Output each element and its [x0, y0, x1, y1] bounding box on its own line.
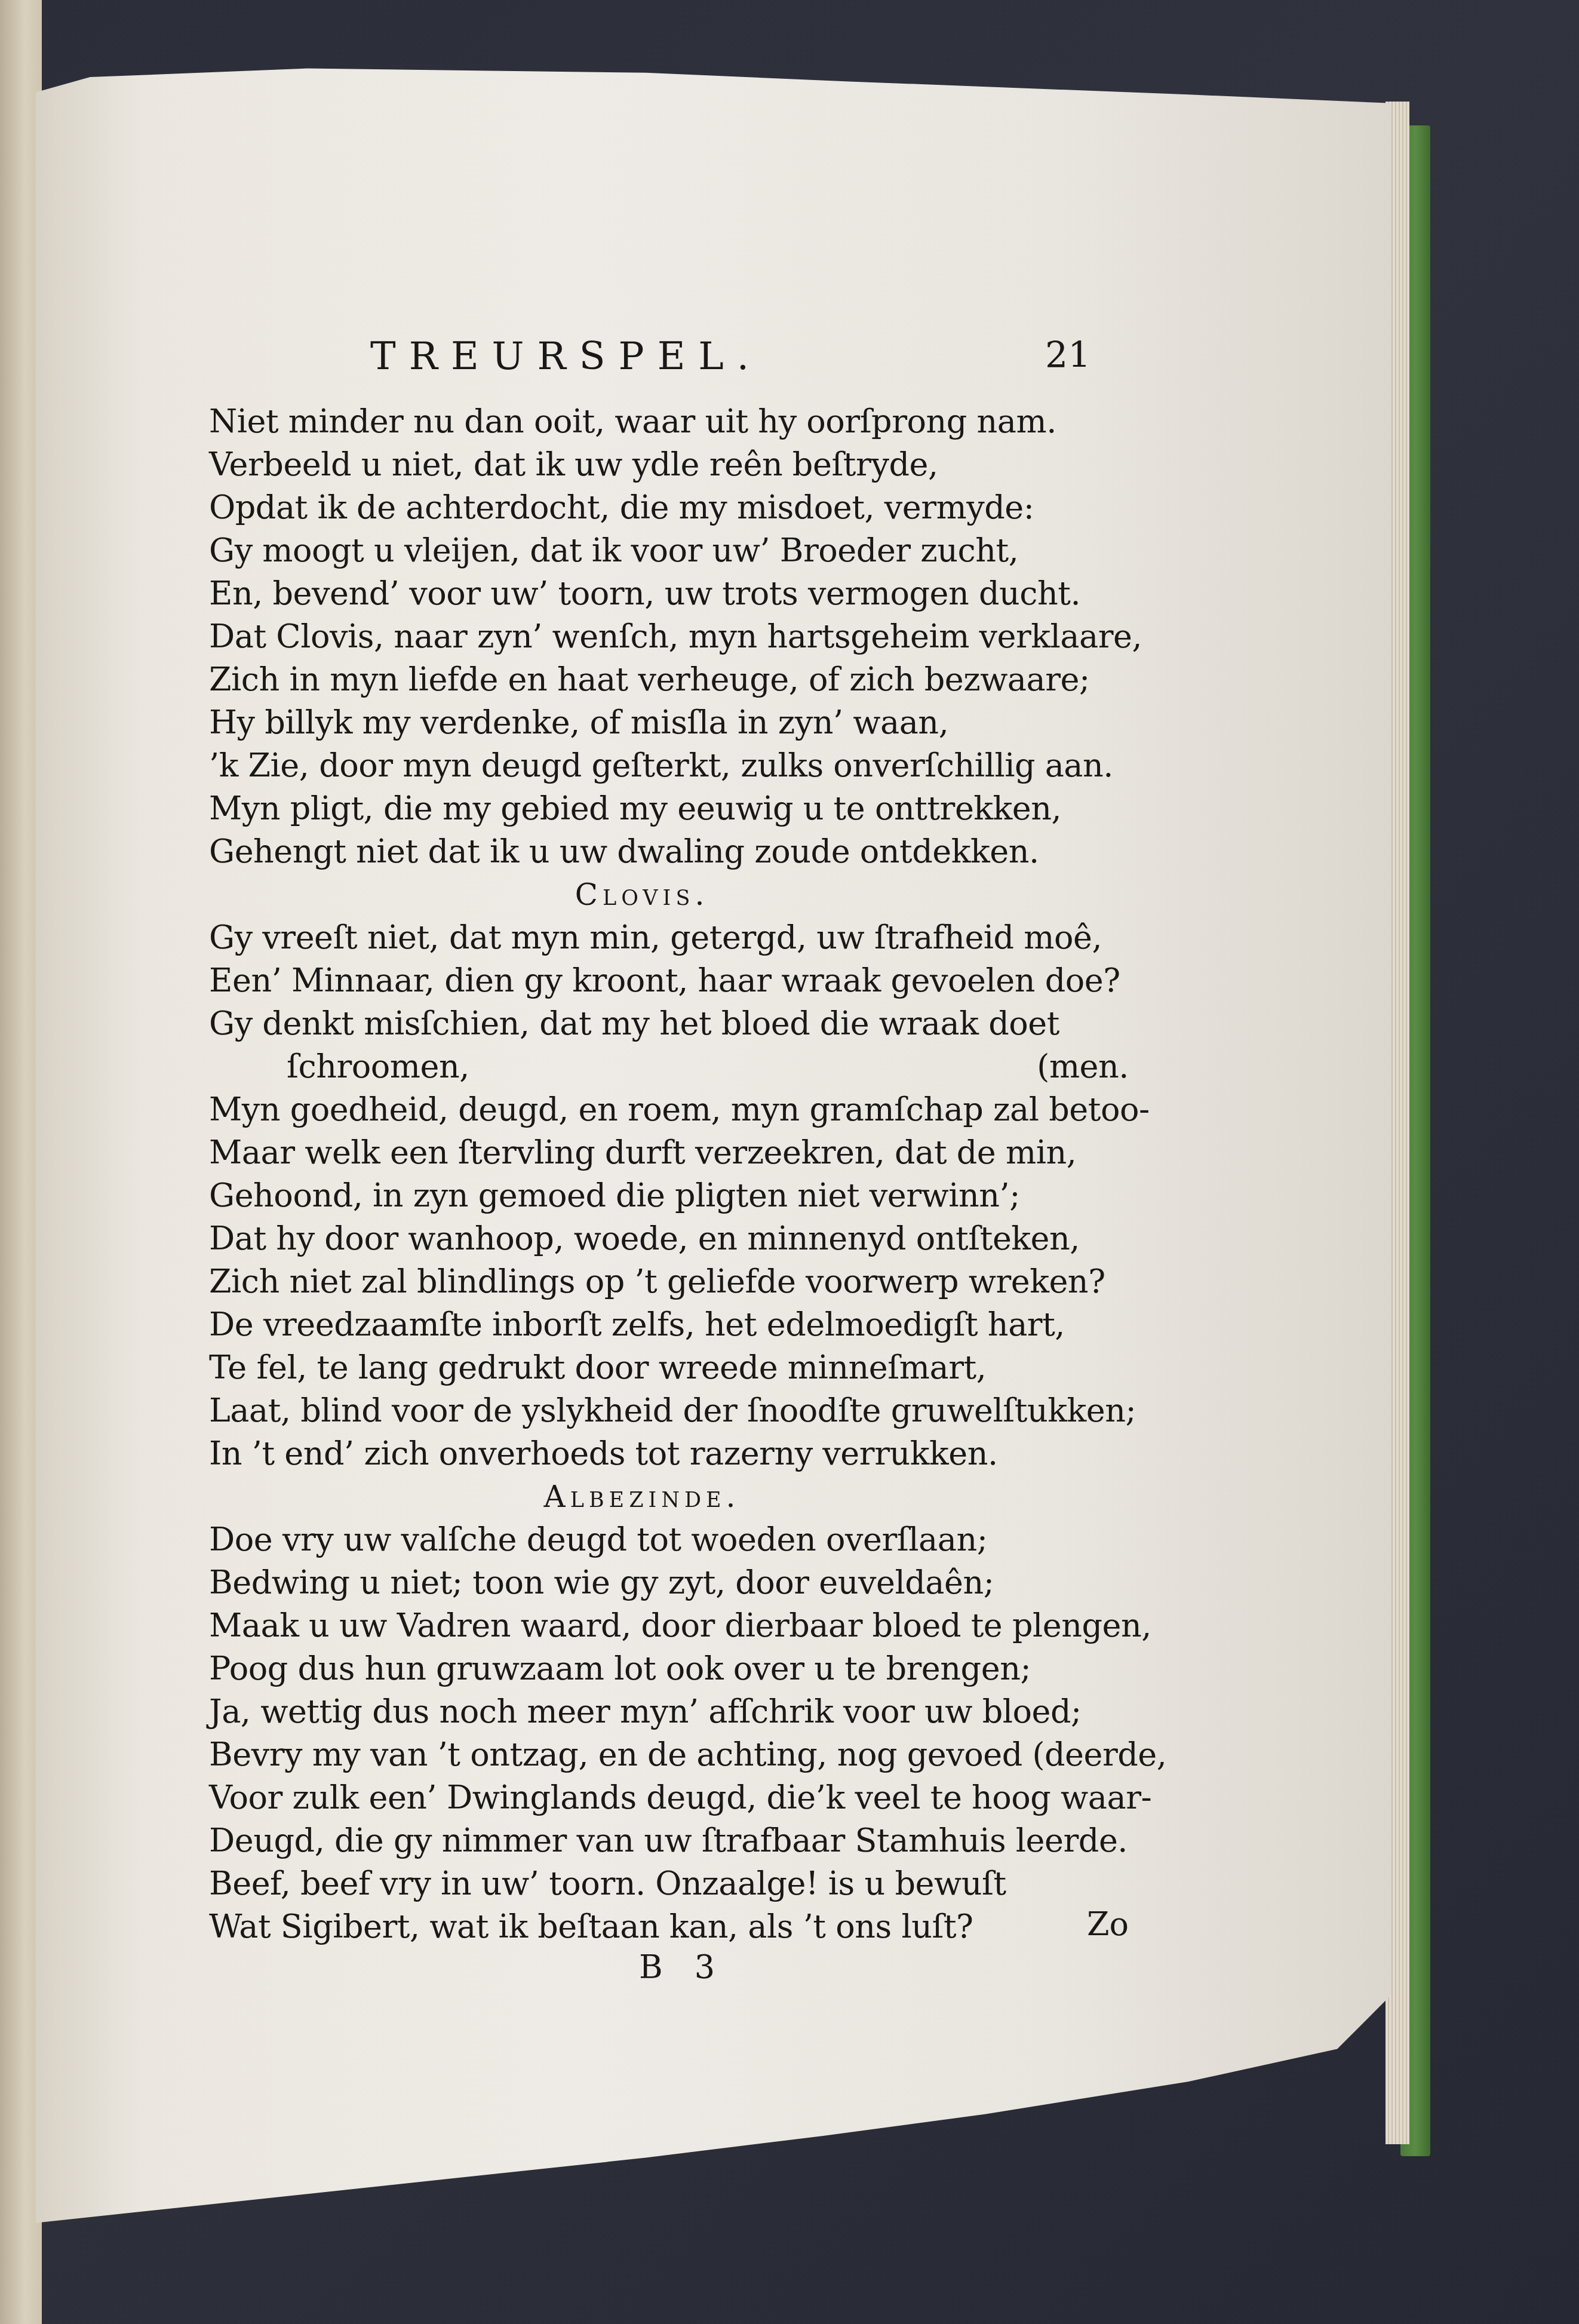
verse-line: Voor zulk een’ Dwinglands deugd, die’k v…: [209, 1776, 1165, 1819]
verse-line: Verbeeld u niet, dat ik uw ydle reên beſ…: [209, 443, 1165, 486]
running-head: TREURSPEL. 21: [209, 334, 1165, 400]
verse-line: Ja, wettig dus noch meer myn’ afſchrik v…: [209, 1690, 1165, 1733]
verse-line: En, bevend’ voor uw’ toorn, uw trots ver…: [209, 572, 1165, 615]
verse-line: Een’ Minnaar, dien gy kroont, haar wraak…: [209, 959, 1165, 1002]
verse-line: Zich niet zal blindlings op ’t geliefde …: [209, 1260, 1165, 1303]
verse-line: Opdat ik de achterdocht, die my misdoet,…: [209, 486, 1165, 529]
verse-line: Maar welk een ſtervling durft verzeekren…: [209, 1131, 1165, 1174]
turnover-start: ſchroomen,: [287, 1048, 469, 1085]
verse-line: Gy moogt u vleijen, dat ik voor uw’ Broe…: [209, 529, 1165, 572]
verse-line: Wat Sigibert, wat ik beſtaan kan, als ’t…: [209, 1905, 1165, 1948]
verse-line: Dat Clovis, naar zyn’ wenſch, myn hartsg…: [209, 615, 1165, 658]
verse-block-2: Gy vreeſt niet, dat myn min, getergd, uw…: [209, 916, 1165, 1475]
verse-line: Myn pligt, die my gebied my eeuwig u te …: [209, 787, 1165, 830]
verse-block-3: Doe vry uw valſche deugd tot woeden over…: [209, 1518, 1165, 1948]
page-number: 21: [1045, 334, 1090, 376]
signature-mark: B 3: [639, 1948, 726, 1986]
verse-line: Poog dus hun gruwzaam lot ook over u te …: [209, 1647, 1165, 1690]
catchword: Zo: [1087, 1905, 1129, 1943]
speaker-heading-clovis: Clovis.: [209, 873, 1165, 916]
verse-line: Zich in myn liefde en haat verheuge, of …: [209, 658, 1165, 701]
verse-line: Bevry my van ’t ontzag, en de achting, n…: [209, 1733, 1165, 1776]
verse-line: Niet minder nu dan ooit, waar uit hy oor…: [209, 400, 1165, 443]
page-footer: Zo B 3: [209, 1948, 1165, 2002]
verse-line: Gy denkt misſchien, dat my het bloed die…: [209, 1002, 1165, 1045]
verse-block-1: Niet minder nu dan ooit, waar uit hy oor…: [209, 400, 1165, 873]
verse-line: Dat hy door wanhoop, woede, en minnenyd …: [209, 1217, 1165, 1260]
verse-line: Deugd, die gy nimmer van uw ſtrafbaar St…: [209, 1819, 1165, 1862]
verse-line: In ’t end’ zich onverhoeds tot razerny v…: [209, 1432, 1165, 1475]
verse-line: ’k Zie, door myn deugd geſterkt, zulks o…: [209, 744, 1165, 787]
verse-turnover-line: ſchroomen, (men.: [209, 1045, 1165, 1088]
verse-line: Te fel, te lang gedrukt door wreede minn…: [209, 1346, 1165, 1389]
verse-line: Beef, beef vry in uw’ toorn. Onzaalge! i…: [209, 1862, 1165, 1905]
verse-line: Gy vreeſt niet, dat myn min, getergd, uw…: [209, 916, 1165, 959]
verse-line: Gehoond, in zyn gemoed die pligten niet …: [209, 1174, 1165, 1217]
page-text: TREURSPEL. 21 Niet minder nu dan ooit, w…: [209, 334, 1165, 2002]
turnover-end: (men.: [1037, 1045, 1129, 1088]
verse-line: Myn goedheid, deugd, en roem, myn gramſc…: [209, 1088, 1165, 1131]
verse-line: Laat, blind voor de yslykheid der ſnoodſ…: [209, 1389, 1165, 1432]
running-title: TREURSPEL.: [370, 334, 762, 379]
verse-line: Bedwing u niet; toon wie gy zyt, door eu…: [209, 1561, 1165, 1604]
speaker-heading-albezinde: Albezinde.: [209, 1475, 1165, 1518]
verse-line: Hy billyk my verdenke, of misſla in zyn’…: [209, 701, 1165, 744]
facing-page-edge: [0, 0, 42, 2324]
verse-line: Gehengt niet dat ik u uw dwaling zoude o…: [209, 830, 1165, 873]
verse-line: Maak u uw Vadren waard, door dierbaar bl…: [209, 1604, 1165, 1647]
verse-line: De vreedzaamſte inborſt zelfs, het edelm…: [209, 1303, 1165, 1346]
verse-line: Doe vry uw valſche deugd tot woeden over…: [209, 1518, 1165, 1561]
